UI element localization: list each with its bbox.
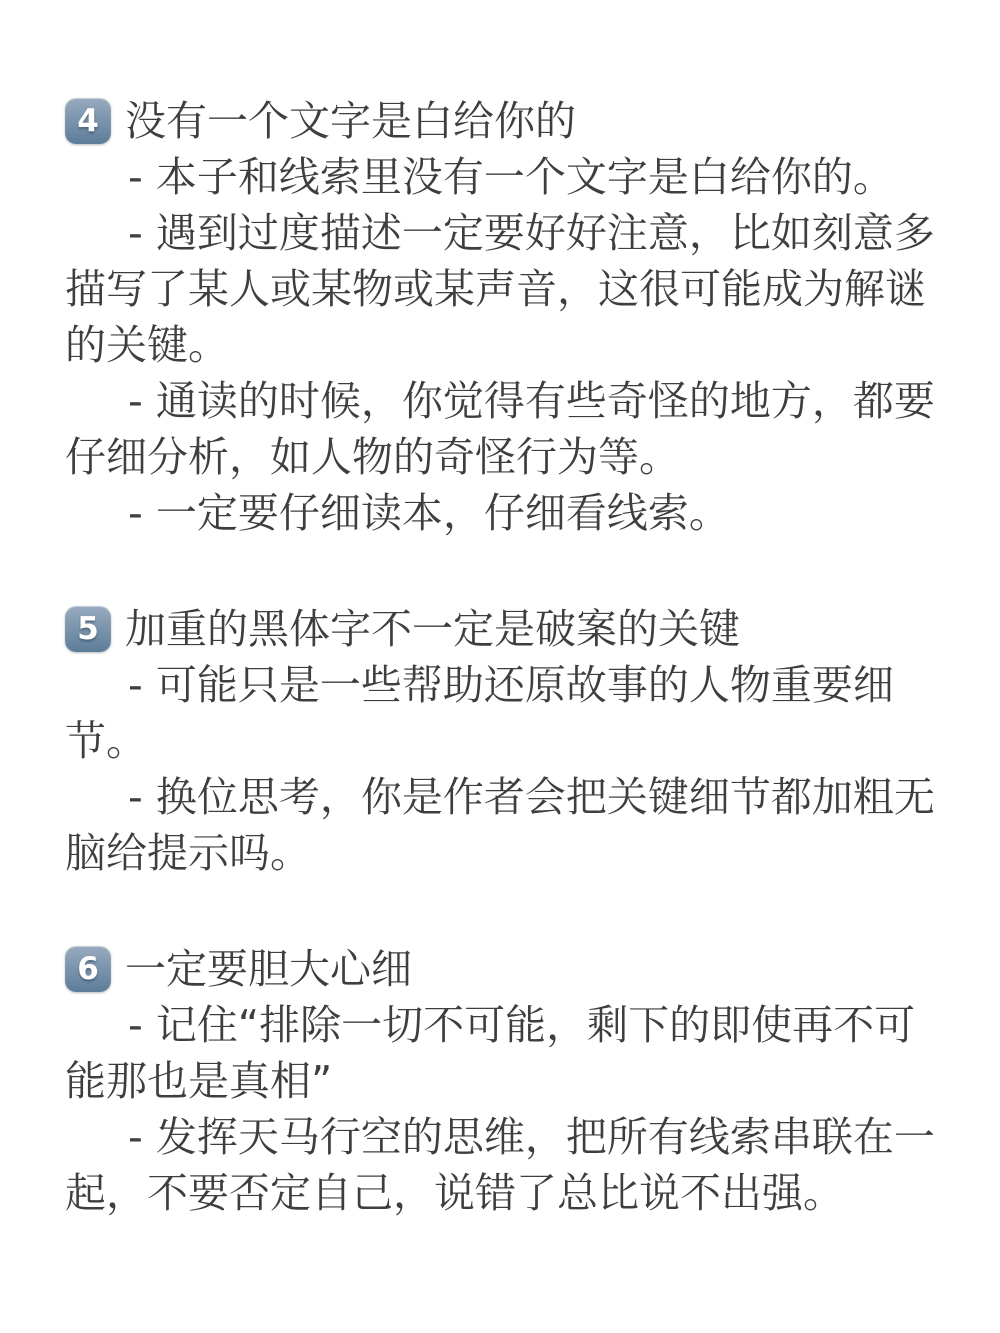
section-6-bullet-2: - 发挥天马行空的思维，把所有线索串联在一起，不要否定自己，说错了总比说不出强。 [65,1109,942,1221]
section-6-title-line: 6 一定要胆大心细 [65,941,942,997]
tip-section-4: 4 没有一个文字是白给你的 - 本子和线索里没有一个文字是白给你的。 - 遇到过… [65,93,942,541]
section-6-bullet-1: - 记住“排除一切不可能，剩下的即使再不可能那也是真相” [65,997,942,1109]
section-4-bullet-4: - 一定要仔细读本，仔细看线索。 [65,485,942,541]
section-5-bullet-2: - 换位思考，你是作者会把关键细节都加粗无脑给提示吗。 [65,769,942,881]
section-6-title: 一定要胆大心细 [125,941,412,997]
keycap-5-number: 5 [77,614,99,645]
keycap-6-number: 6 [77,954,99,985]
keycap-4-icon: 4 [65,98,111,144]
notes-page: 4 没有一个文字是白给你的 - 本子和线索里没有一个文字是白给你的。 - 遇到过… [0,0,1000,1333]
section-5-bullet-1: - 可能只是一些帮助还原故事的人物重要细节。 [65,657,942,769]
tip-section-6: 6 一定要胆大心细 - 记住“排除一切不可能，剩下的即使再不可能那也是真相” -… [65,941,942,1221]
keycap-5-icon: 5 [65,606,111,652]
section-5-title-line: 5 加重的黑体字不一定是破案的关键 [65,601,942,657]
section-4-title-line: 4 没有一个文字是白给你的 [65,93,942,149]
section-5-title: 加重的黑体字不一定是破案的关键 [125,601,740,657]
keycap-6-icon: 6 [65,946,111,992]
keycap-4-number: 4 [77,106,99,137]
section-4-bullet-3: - 通读的时候，你觉得有些奇怪的地方，都要仔细分析，如人物的奇怪行为等。 [65,373,942,485]
tip-section-5: 5 加重的黑体字不一定是破案的关键 - 可能只是一些帮助还原故事的人物重要细节。… [65,601,942,881]
section-4-title: 没有一个文字是白给你的 [125,93,576,149]
section-4-bullet-1: - 本子和线索里没有一个文字是白给你的。 [65,149,942,205]
section-4-bullet-2: - 遇到过度描述一定要好好注意，比如刻意多描写了某人或某物或某声音，这很可能成为… [65,205,942,373]
